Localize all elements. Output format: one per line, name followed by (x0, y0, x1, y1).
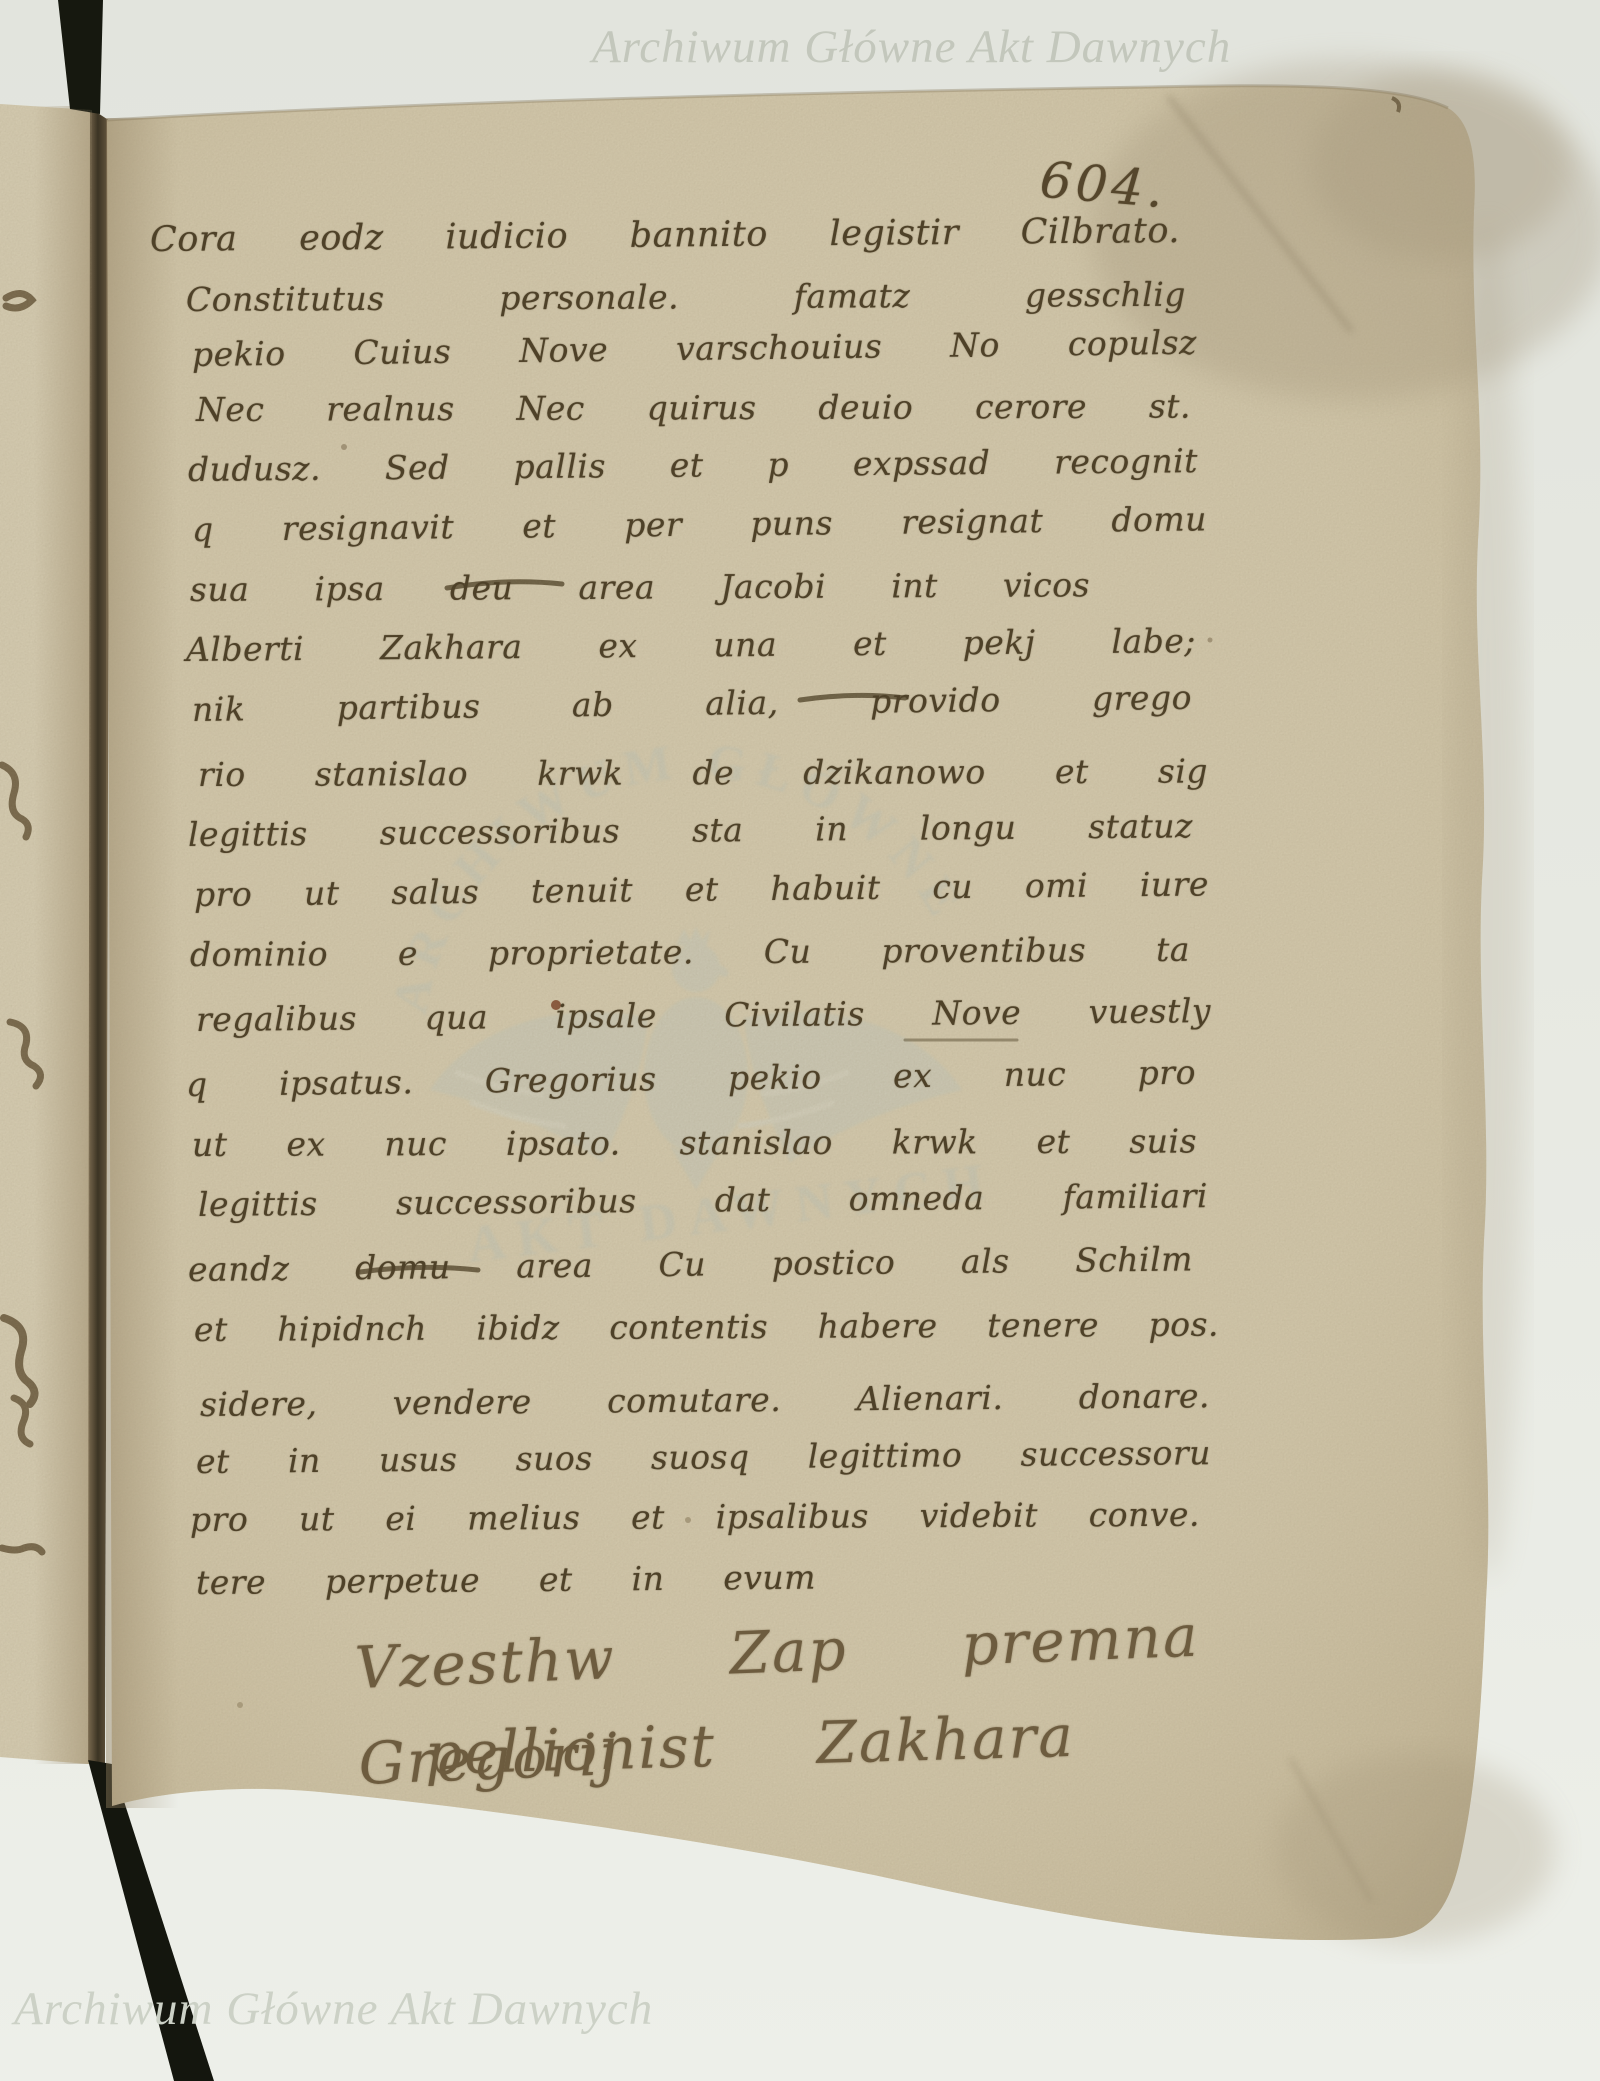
manuscript-line: pekio Cuius Nove varschouius No copulsz (192, 319, 1198, 379)
manuscript-line: Nec realnus Nec quirus deuio cerore st. (196, 383, 1191, 434)
manuscript-line: eandz domu area Cu postico als Schilm (188, 1235, 1193, 1294)
manuscript-line: Constitutus personale. famatz gesschlig (186, 271, 1186, 324)
manuscript-line: et in usus suos suosq legittimo successo… (196, 1429, 1211, 1486)
manuscript-line: pro ut salus tenuit et habuit cu omi iur… (194, 860, 1209, 919)
manuscript-line: nik partibus ab alia, provido grego (192, 674, 1193, 734)
manuscript-line: sua ipsa deu area Jacobi int vicos (190, 561, 1090, 614)
manuscript-line: dudusz. Sed pallis et p expssad recognit (188, 437, 1198, 494)
manuscript-line: legittis successoribus sta in longu stat… (188, 802, 1193, 859)
manuscript-line: q ipsatus. Gregorius pekio ex nuc pro (186, 1049, 1197, 1109)
manuscript-line: Alberti Zakhara ex una et pekj labe; (186, 617, 1196, 674)
scan-backdrop: Archiwum Główne Akt Dawnych (0, 0, 1600, 2081)
manuscript-line: rio stanislao krwk de dzikanowo et sig (198, 747, 1208, 799)
manuscript-text-layer: 604. Cora eodz iudicio bannito legistir … (0, 0, 1600, 2081)
docket-line-2: pellionist Zakhara (424, 1688, 1076, 1802)
manuscript-line: q resignavit et per puns resignat domu (192, 495, 1207, 554)
manuscript-line: dominio e proprietate. Cu proventibus ta (190, 926, 1190, 979)
manuscript-line: et hipidnch ibidz contentis habere tener… (194, 1301, 1219, 1354)
manuscript-line: legittis successoribus dat omneda famili… (198, 1172, 1208, 1229)
manuscript-closing-line: tere perpetue et in evum (196, 1554, 816, 1607)
manuscript-line: pro ut ei melius et ipsalibus videbit co… (190, 1491, 1200, 1544)
manuscript-line: ut ex nuc ipsato. stanislao krwk et suis (192, 1117, 1197, 1169)
manuscript-line: sidere, vendere comutare. Alienari. dona… (200, 1372, 1210, 1429)
manuscript-line: regalibus qua ipsale Civilatis Nove vues… (196, 987, 1211, 1044)
archive-watermark-bottom: Archiwum Główne Akt Dawnych (14, 1982, 653, 2036)
manuscript-line: Cora eodz iudicio bannito legistir Cilbr… (150, 207, 1180, 264)
